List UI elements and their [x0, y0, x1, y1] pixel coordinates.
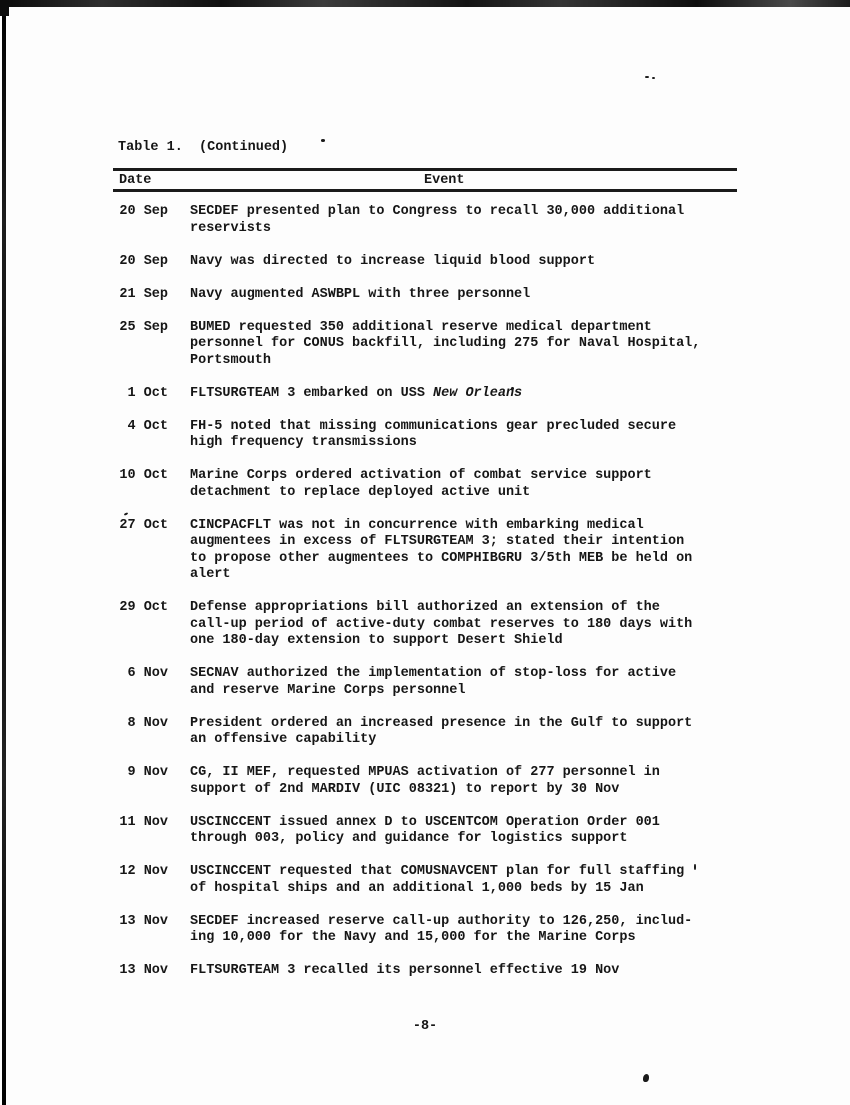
scan-top-edge-artifact	[0, 0, 850, 7]
table-rows: 20 SepSECDEF presented plan to Congress …	[119, 204, 739, 980]
scanned-document-page: Table 1. (Continued) Date Event 20 SepSE…	[0, 0, 850, 1105]
event-text-line: support of 2nd MARDIV (UIC 08321) to rep…	[190, 782, 660, 799]
row-date: 1 Oct	[119, 386, 168, 403]
row-event: CINCPACFLT was not in concurrence with e…	[190, 518, 692, 584]
event-text-line: USCINCCENT issued annex D to USCENTCOM O…	[190, 815, 660, 832]
row-date: 25 Sep	[119, 320, 168, 337]
event-text-line: personnel for CONUS backfill, including …	[190, 336, 700, 353]
row-date: 6 Nov	[119, 666, 168, 683]
event-text-line: to propose other augmentees to COMPHIBGR…	[190, 551, 692, 568]
scan-speck	[321, 139, 325, 142]
scan-speck	[652, 77, 655, 79]
row-date: 27 Oct	[119, 518, 168, 535]
event-text-line: FLTSURGTEAM 3 recalled its personnel eff…	[190, 963, 619, 980]
column-header-date: Date	[119, 173, 151, 190]
row-event: FH-5 noted that missing communications g…	[190, 419, 676, 452]
event-text-line: detachment to replace deployed active un…	[190, 485, 652, 502]
table-row: 10 OctMarine Corps ordered activation of…	[119, 468, 739, 501]
page-number: -8-	[113, 1019, 737, 1036]
column-header-event: Event	[424, 173, 465, 190]
table-row: 21 SepNavy augmented ASWBPL with three p…	[119, 287, 739, 304]
row-event: Marine Corps ordered activation of comba…	[190, 468, 652, 501]
row-event: Navy was directed to increase liquid blo…	[190, 254, 595, 271]
row-date: 29 Oct	[119, 600, 168, 617]
event-text-line: high frequency transmissions	[190, 435, 676, 452]
row-date: 11 Nov	[119, 815, 168, 832]
row-event: SECDEF increased reserve call-up authori…	[190, 914, 692, 947]
event-text-line: Portsmouth	[190, 353, 700, 370]
row-event: SECNAV authorized the implementation of …	[190, 666, 676, 699]
event-text-line: CG, II MEF, requested MPUAS activation o…	[190, 765, 660, 782]
row-event: President ordered an increased presence …	[190, 716, 692, 749]
table-row: 27 OctCINCPACFLT was not in concurrence …	[119, 518, 739, 584]
table-title: Table 1. (Continued)	[118, 140, 288, 157]
event-text-line: Navy was directed to increase liquid blo…	[190, 254, 595, 271]
event-text-line: USCINCCENT requested that COMUSNAVCENT p…	[190, 864, 684, 881]
row-date: 10 Oct	[119, 468, 168, 485]
event-text-line: BUMED requested 350 additional reserve m…	[190, 320, 700, 337]
table-row: 20 SepSECDEF presented plan to Congress …	[119, 204, 739, 237]
row-date: 8 Nov	[119, 716, 168, 733]
scan-left-edge-artifact	[2, 0, 6, 1105]
row-date: 13 Nov	[119, 963, 168, 980]
scan-corner-artifact	[0, 0, 9, 16]
row-date: 9 Nov	[119, 765, 168, 782]
row-event: Navy augmented ASWBPL with three personn…	[190, 287, 530, 304]
table-row: 1 OctFLTSURGTEAM 3 embarked on USS New O…	[119, 386, 739, 403]
ship-name-italic: New Orleans	[433, 386, 522, 401]
row-event: SECDEF presented plan to Congress to rec…	[190, 204, 684, 237]
event-text-line: FLTSURGTEAM 3 embarked on USS New Orlean…	[190, 386, 522, 403]
row-event: BUMED requested 350 additional reserve m…	[190, 320, 700, 370]
event-text-line: one 180-day extension to support Desert …	[190, 633, 692, 650]
table-row: 29 OctDefense appropriations bill author…	[119, 600, 739, 650]
table-row: 4 OctFH-5 noted that missing communicati…	[119, 419, 739, 452]
row-event: FLTSURGTEAM 3 recalled its personnel eff…	[190, 963, 619, 980]
row-event: Defense appropriations bill authorized a…	[190, 600, 692, 650]
event-text-line: CINCPACFLT was not in concurrence with e…	[190, 518, 692, 535]
event-text-line: FH-5 noted that missing communications g…	[190, 419, 676, 436]
row-date: 20 Sep	[119, 254, 168, 271]
row-event: USCINCCENT requested that COMUSNAVCENT p…	[190, 864, 684, 897]
table-header-rule	[113, 189, 737, 192]
event-text-line: SECDEF increased reserve call-up authori…	[190, 914, 692, 931]
event-text-line: Marine Corps ordered activation of comba…	[190, 468, 652, 485]
table-row: 20 SepNavy was directed to increase liqu…	[119, 254, 739, 271]
event-text-line: call-up period of active-duty combat res…	[190, 617, 692, 634]
table-row: 25 SepBUMED requested 350 additional res…	[119, 320, 739, 370]
row-date: 4 Oct	[119, 419, 168, 436]
event-text-line: President ordered an increased presence …	[190, 716, 692, 733]
row-date: 21 Sep	[119, 287, 168, 304]
table-row: 13 NovFLTSURGTEAM 3 recalled its personn…	[119, 963, 739, 980]
event-text-line: SECNAV authorized the implementation of …	[190, 666, 676, 683]
table-row: 12 NovUSCINCCENT requested that COMUSNAV…	[119, 864, 739, 897]
event-text-line: through 003, policy and guidance for log…	[190, 831, 660, 848]
event-text-line: and reserve Marine Corps personnel	[190, 683, 676, 700]
scan-speck	[645, 76, 649, 78]
event-text-line: alert	[190, 567, 692, 584]
table-row: 6 NovSECNAV authorized the implementatio…	[119, 666, 739, 699]
row-date: 12 Nov	[119, 864, 168, 881]
event-text-line: of hospital ships and an additional 1,00…	[190, 881, 684, 898]
event-text-line: ing 10,000 for the Navy and 15,000 for t…	[190, 930, 692, 947]
table-top-rule	[113, 168, 737, 171]
table-row: 9 NovCG, II MEF, requested MPUAS activat…	[119, 765, 739, 798]
event-text-line: SECDEF presented plan to Congress to rec…	[190, 204, 684, 221]
event-text-line: augmentees in excess of FLTSURGTEAM 3; s…	[190, 534, 692, 551]
row-date: 13 Nov	[119, 914, 168, 931]
row-event: USCINCCENT issued annex D to USCENTCOM O…	[190, 815, 660, 848]
table-row: 11 NovUSCINCCENT issued annex D to USCEN…	[119, 815, 739, 848]
row-event: FLTSURGTEAM 3 embarked on USS New Orlean…	[190, 386, 522, 403]
scan-speck	[643, 1074, 649, 1082]
table-row: 13 NovSECDEF increased reserve call-up a…	[119, 914, 739, 947]
event-text-line: reservists	[190, 221, 684, 238]
event-text-line: Navy augmented ASWBPL with three personn…	[190, 287, 530, 304]
table-row: 8 NovPresident ordered an increased pres…	[119, 716, 739, 749]
row-date: 20 Sep	[119, 204, 168, 221]
event-text-line: Defense appropriations bill authorized a…	[190, 600, 692, 617]
row-event: CG, II MEF, requested MPUAS activation o…	[190, 765, 660, 798]
event-text-line: an offensive capability	[190, 732, 692, 749]
